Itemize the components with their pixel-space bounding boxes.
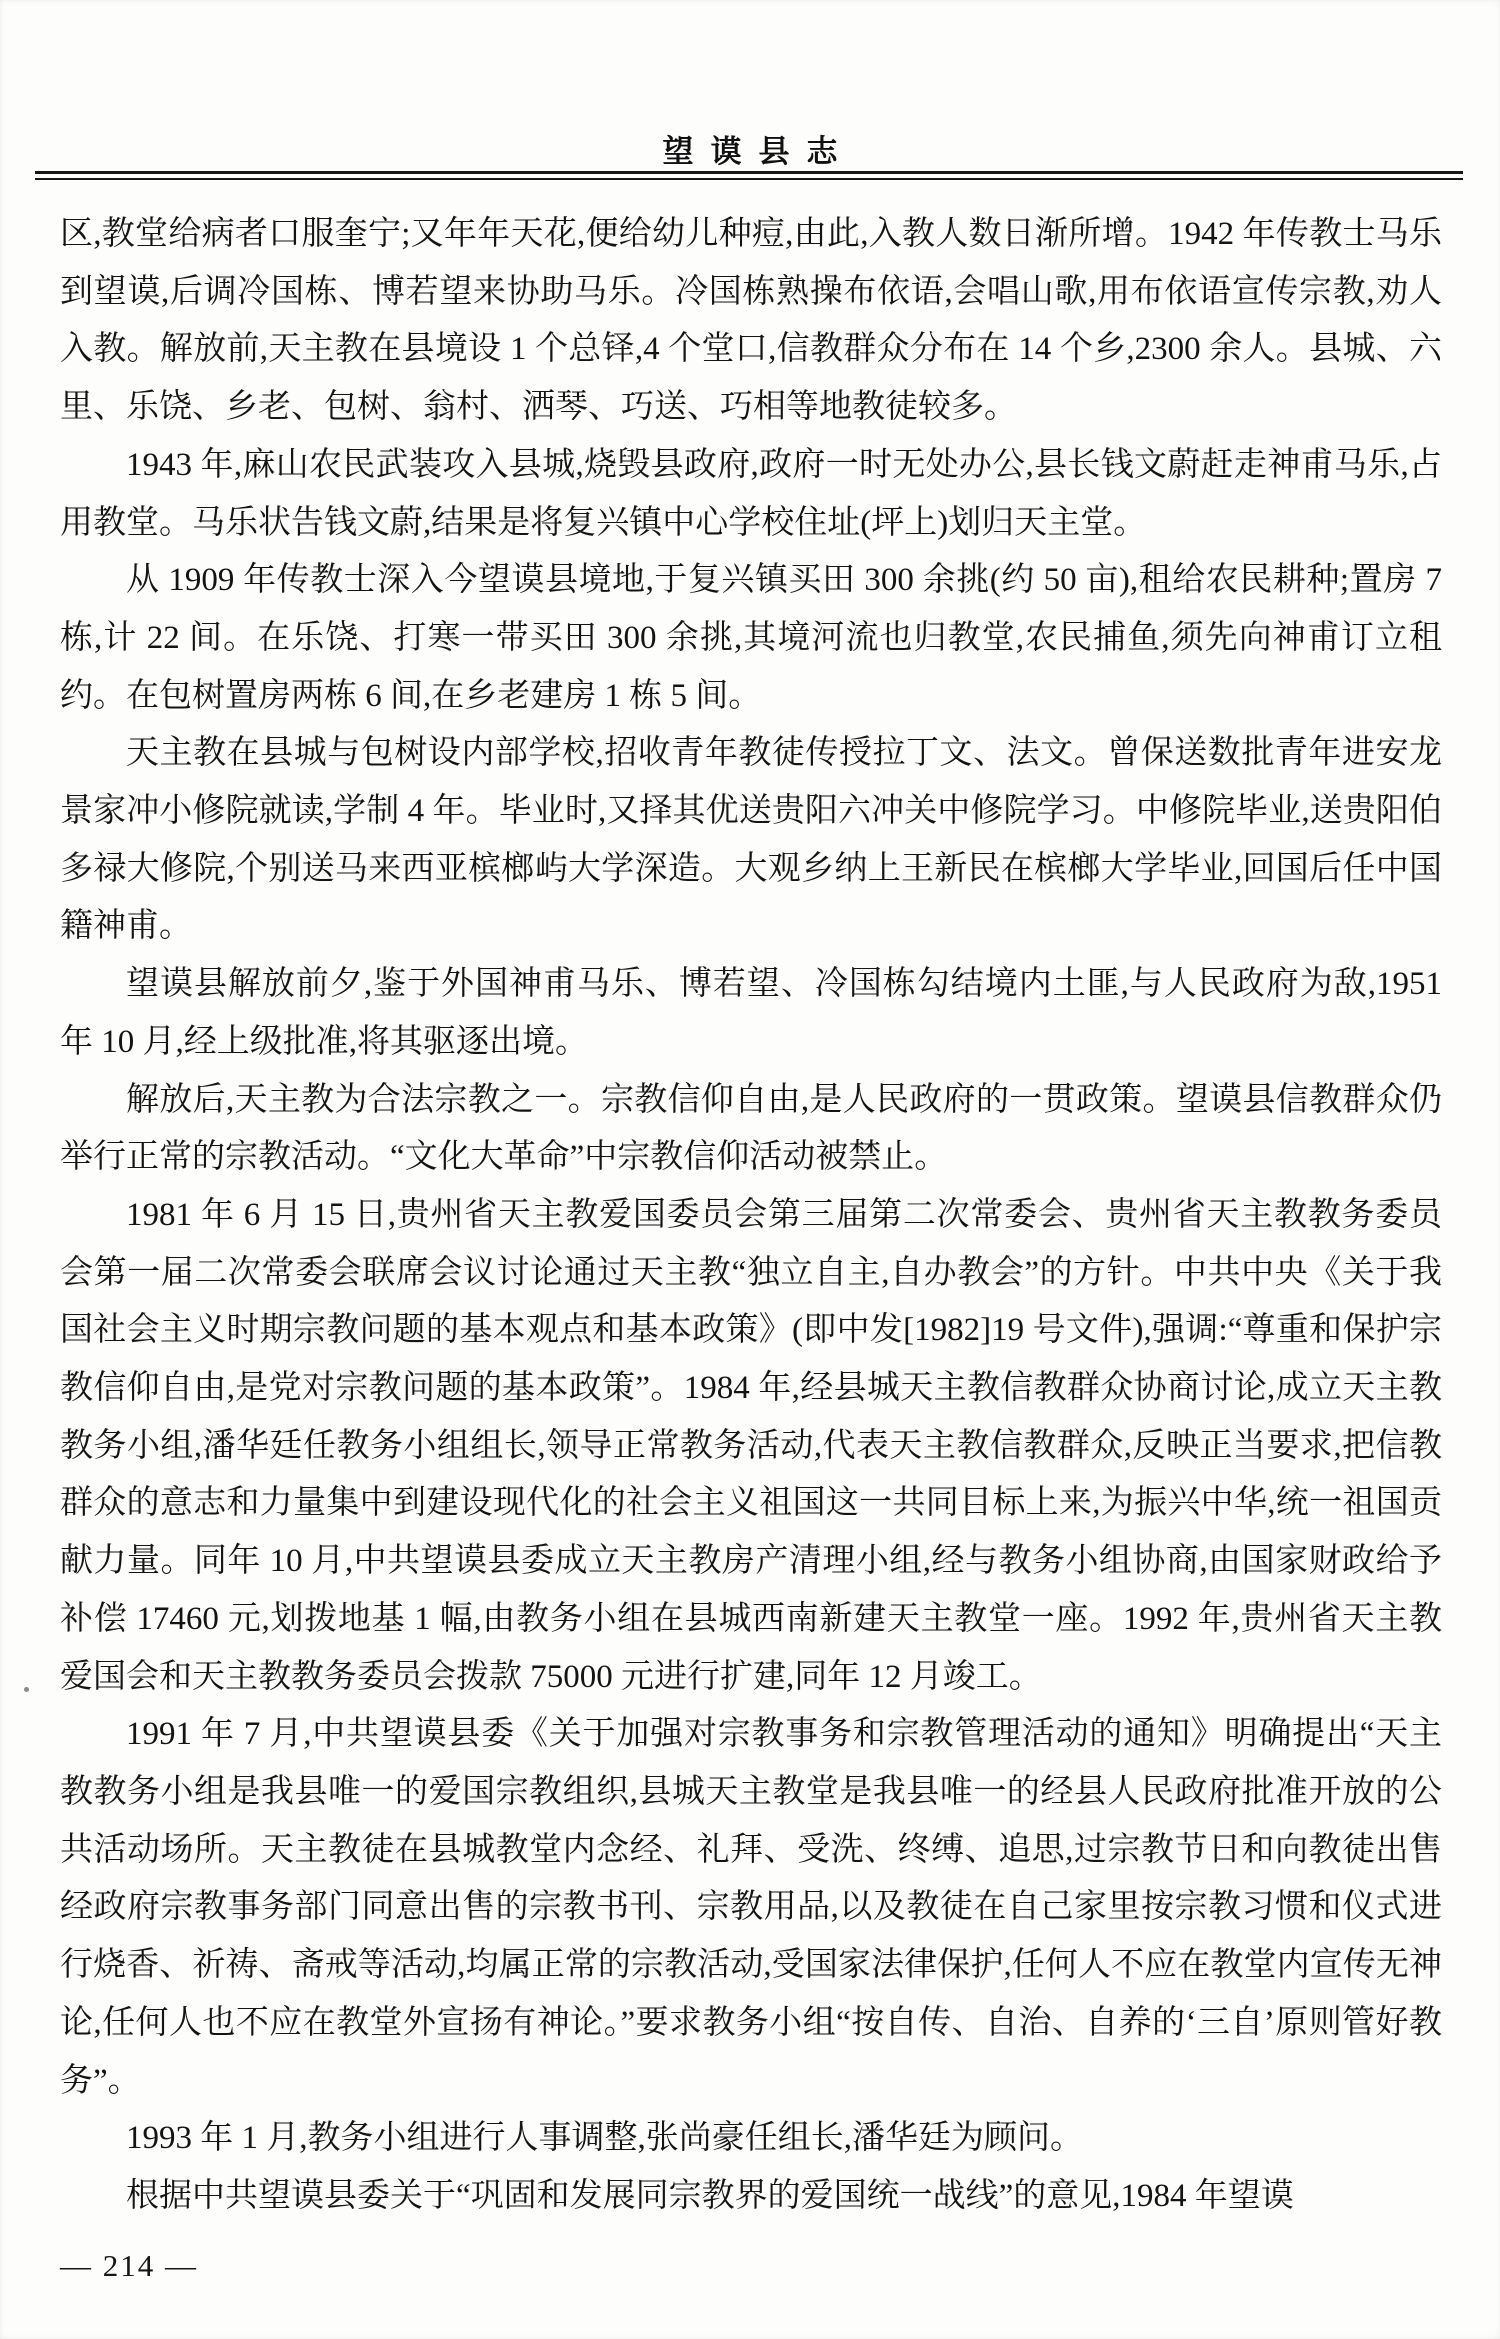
header-rule-top-line bbox=[35, 171, 1463, 174]
paragraph: 1981 年 6 月 15 日,贵州省天主教爱国委员会第三届第二次常委会、贵州省… bbox=[60, 1187, 1442, 1706]
paragraph: 根据中共望谟县委关于“巩固和发展同宗教界的爱国统一战线”的意见,1984 年望谟 bbox=[60, 2168, 1442, 2226]
scanned-book-page: 望谟县志 区,教堂给病者口服奎宁;又年年天花,便给幼儿种痘,由此,入教人数日渐所… bbox=[0, 0, 1500, 2339]
running-head-title: 望谟县志 bbox=[0, 126, 1500, 171]
paragraph: 区,教堂给病者口服奎宁;又年年天花,便给幼儿种痘,由此,入教人数日渐所增。194… bbox=[60, 206, 1442, 437]
scan-artifact-dot bbox=[24, 1687, 29, 1692]
paragraph: 1991 年 7 月,中共望谟县委《关于加强对宗教事务和宗教管理活动的通知》明确… bbox=[60, 1706, 1442, 2110]
header-rule-bottom-line bbox=[35, 178, 1463, 180]
paragraph: 从 1909 年传教士深入今望谟县境地,于复兴镇买田 300 余挑(约 50 亩… bbox=[60, 552, 1442, 725]
paragraph: 1993 年 1 月,教务小组进行人事调整,张尚豪任组长,潘华廷为顾问。 bbox=[60, 2110, 1442, 2168]
header-double-rule bbox=[35, 171, 1463, 180]
body-text: 区,教堂给病者口服奎宁;又年年天花,便给幼儿种痘,由此,入教人数日渐所增。194… bbox=[60, 206, 1442, 2226]
paragraph: 望谟县解放前夕,鉴于外国神甫马乐、博若望、冷国栋勾结境内土匪,与人民政府为敌,1… bbox=[60, 956, 1442, 1071]
paragraph: 1943 年,麻山农民武装攻入县城,烧毁县政府,政府一时无处办公,县长钱文蔚赶走… bbox=[60, 437, 1442, 552]
paragraph: 天主教在县城与包树设内部学校,招收青年教徒传授拉丁文、法文。曾保送数批青年进安龙… bbox=[60, 725, 1442, 956]
paragraph: 解放后,天主教为合法宗教之一。宗教信仰自由,是人民政府的一贯政策。望谟县信教群众… bbox=[60, 1072, 1442, 1187]
page-number: — 214 — bbox=[60, 2248, 198, 2284]
